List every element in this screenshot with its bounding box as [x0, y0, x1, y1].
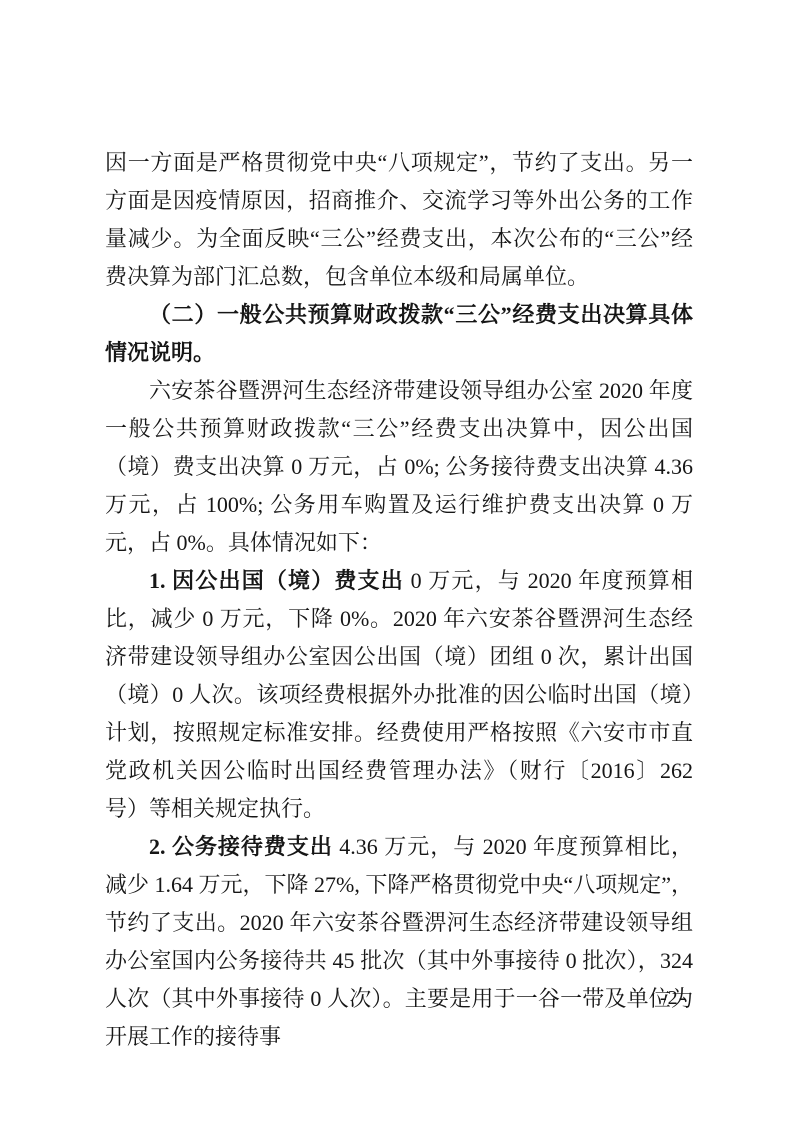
item-2-body: 4.36 万元，与 2020 年度预算相比，减少 1.64 万元，下降 27%,…: [105, 834, 693, 1049]
document-page: 因一方面是严格贯彻党中央“八项规定”，节约了支出。另一方面是因疫情原因，招商推介…: [0, 0, 793, 1122]
document-content: 因一方面是严格贯彻党中央“八项规定”，节约了支出。另一方面是因疫情原因，招商推介…: [105, 144, 693, 1056]
item-1-body: 0 万元，与 2020 年度预算相比，减少 0 万元，下降 0%。2020 年六…: [105, 568, 693, 821]
paragraph-item-2: 2. 公务接待费支出 4.36 万元，与 2020 年度预算相比，减少 1.64…: [105, 828, 693, 1056]
item-1-lead: 1. 因公出国（境）费支出: [149, 568, 404, 593]
paragraph-overview: 六安茶谷暨淠河生态经济带建设领导组办公室 2020 年度一般公共预算财政拨款“三…: [105, 372, 693, 562]
page-number: -2-: [660, 986, 686, 1010]
section-heading: （二）一般公共预算财政拨款“三公”经费支出决算具体情况说明。: [105, 296, 693, 372]
paragraph-continuation: 因一方面是严格贯彻党中央“八项规定”，节约了支出。另一方面是因疫情原因，招商推介…: [105, 144, 693, 296]
item-2-lead: 2. 公务接待费支出: [149, 834, 333, 859]
paragraph-item-1: 1. 因公出国（境）费支出 0 万元，与 2020 年度预算相比，减少 0 万元…: [105, 562, 693, 828]
